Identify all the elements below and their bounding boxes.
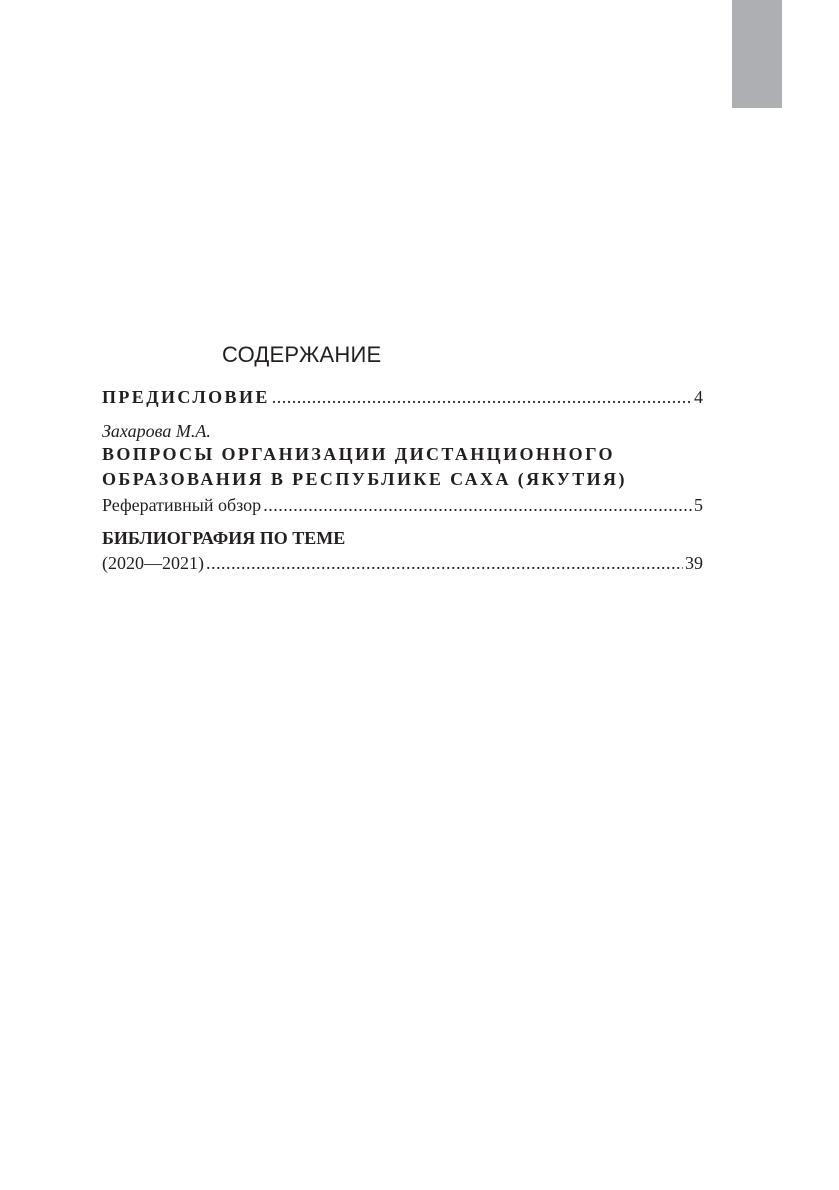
toc-entry-author: Захарова М.А. <box>102 420 703 442</box>
toc-entry-bibliography[interactable]: БИБЛИОГРАФИЯ ПО ТЕМЕ (2020—2021) 39 <box>102 526 703 576</box>
toc-page-number: 5 <box>694 492 703 518</box>
toc-entry-title: БИБЛИОГРАФИЯ ПО ТЕМЕ <box>102 526 703 550</box>
toc-page-number: 39 <box>685 550 703 576</box>
toc-entry-title-line-2: ОБРАЗОВАНИЯ В РЕСПУБЛИКЕ САХА (ЯКУТИЯ) <box>102 467 703 492</box>
toc-entry-preface[interactable]: ПРЕДИСЛОВИЕ 4 <box>102 384 703 410</box>
toc-entry-label: ПРЕДИСЛОВИЕ <box>102 384 270 410</box>
toc-entry-subtitle: (2020—2021) <box>102 550 204 576</box>
toc-entry-subtitle: Реферативный обзор <box>102 492 261 518</box>
thumb-index-tab <box>732 0 782 108</box>
toc-entry-subtitle-row: (2020—2021) 39 <box>102 550 703 576</box>
toc-entry-subtitle-row: Реферативный обзор 5 <box>102 492 703 518</box>
table-of-contents: ПРЕДИСЛОВИЕ 4 Захарова М.А. ВОПРОСЫ ОРГА… <box>102 384 703 576</box>
toc-entry-review[interactable]: Захарова М.А. ВОПРОСЫ ОРГАНИЗАЦИИ ДИСТАН… <box>102 420 703 518</box>
leader-dots <box>272 384 692 410</box>
toc-page-number: 4 <box>694 384 703 410</box>
toc-title: СОДЕРЖАНИЕ <box>222 342 381 368</box>
leader-dots <box>263 492 692 518</box>
leader-dots <box>206 550 683 576</box>
toc-entry-title-line-1: ВОПРОСЫ ОРГАНИЗАЦИИ ДИСТАНЦИОННОГО <box>102 442 703 467</box>
